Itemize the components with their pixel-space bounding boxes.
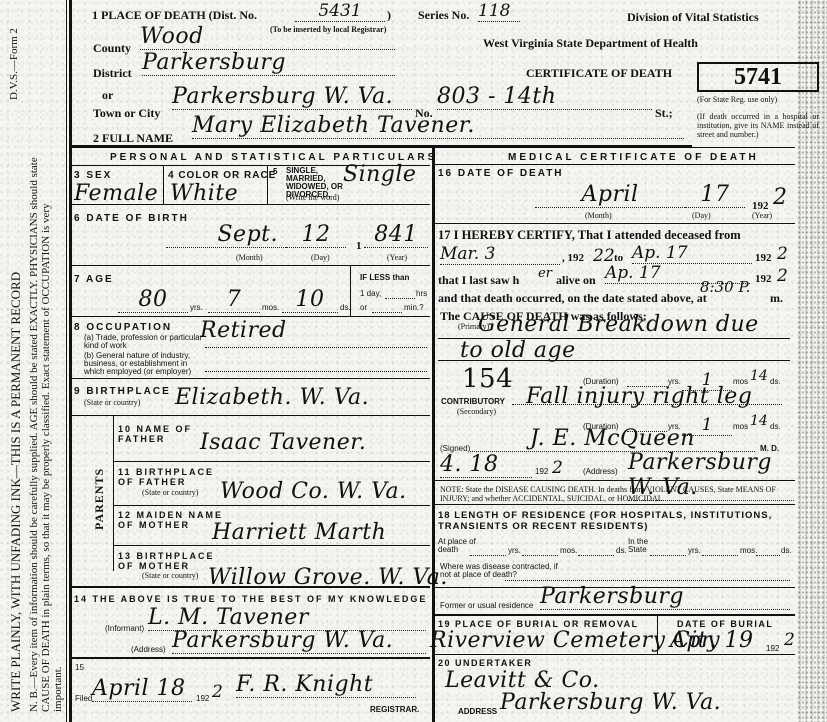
- sex-label: 3 SEX: [74, 170, 112, 181]
- medical-section-title: MEDICAL CERTIFICATE OF DEATH: [508, 152, 759, 163]
- ds-label-1: ds.: [770, 378, 781, 386]
- former-residence-label: Former or usual residence: [440, 602, 533, 610]
- contributory-value: Fall injury right leg: [526, 384, 752, 409]
- race-value: White: [170, 181, 238, 206]
- rule: [113, 505, 430, 506]
- rule: [113, 416, 114, 571]
- informant-certification-label: 14 THE ABOVE IS TRUE TO THE BEST OF MY K…: [74, 594, 427, 604]
- rule: [657, 616, 658, 654]
- marital-value: Single: [343, 162, 416, 187]
- cause-code: 154: [462, 364, 513, 394]
- state-reg-note: (For State Reg. use only): [697, 95, 777, 104]
- last-saw-pronoun: er: [538, 266, 552, 281]
- last-saw-year-prefix: 192: [755, 273, 772, 285]
- rule: [72, 265, 430, 266]
- rule: [435, 223, 795, 224]
- rule: [435, 654, 795, 655]
- rule: [205, 371, 427, 372]
- rule: [72, 204, 430, 205]
- former-residence-value: Parkersburg: [540, 584, 790, 610]
- age-months: 7: [208, 287, 260, 313]
- rule: [72, 378, 430, 379]
- contributory-label: CONTRIBUTORY: [441, 398, 505, 406]
- res-state-ds-label: ds.: [781, 547, 792, 555]
- rule: [435, 147, 795, 148]
- signed-year: 2: [552, 458, 563, 478]
- occurred-label: and that death occurred, on the date sta…: [438, 291, 707, 306]
- attended-from: Mar. 3: [440, 244, 560, 265]
- father-birthplace-value: Wood Co. W. Va.: [220, 479, 407, 504]
- dob-month: Sept.: [166, 222, 286, 248]
- hospital-note: (If death occurred in a hospital or inst…: [697, 112, 819, 139]
- age-days: 10: [282, 287, 338, 313]
- address-label-physician: (Address): [583, 468, 618, 476]
- rule: [438, 360, 790, 361]
- from-year-prefix: , 192: [562, 252, 584, 264]
- margin-nb-line1: N. B.—Every item of information should b…: [28, 157, 40, 712]
- dod-day-caption: (Day): [692, 211, 711, 220]
- certificate-title: CERTIFICATE OF DEATH: [526, 66, 672, 81]
- filed-year-prefix: 192: [196, 695, 209, 703]
- race-label: 4 COLOR OR RACE: [168, 170, 276, 181]
- rule: [435, 504, 795, 505]
- attended-to: Ap. 17: [632, 243, 752, 264]
- informant-address-label: (Address): [131, 646, 166, 654]
- mother-birthplace-note: (State or country): [142, 571, 198, 580]
- margin-nb-line3: important.: [52, 666, 64, 712]
- physician-signature: J. E. McQueen: [470, 426, 755, 452]
- to-year: 2: [777, 244, 788, 264]
- frame-left-border: [69, 0, 72, 722]
- series-number: 118: [478, 1, 520, 22]
- filed-date: April 18: [92, 676, 192, 702]
- father-birthplace-note: (State or country): [142, 488, 198, 497]
- res-place-ds: [578, 547, 614, 556]
- residence-label: 18 LENGTH OF RESIDENCE (FOR HOSPITALS, I…: [438, 510, 793, 532]
- frame-left-border-inner: [66, 0, 67, 722]
- occupation-a-label: (a) Trade, profession or particular kind…: [84, 334, 204, 350]
- birthplace-note: (State or country): [84, 398, 140, 407]
- undertaker-address-label: ADDRESS: [458, 708, 497, 716]
- informant-label: (Informant): [105, 625, 144, 633]
- if-less-label: IF LESS than: [360, 274, 409, 282]
- paper-edge-texture: [797, 0, 827, 722]
- or-label-small: or: [360, 304, 367, 312]
- res-place-yrs-label: yrs.: [508, 547, 521, 555]
- filed-num: 15: [75, 664, 84, 672]
- res-state-yrs: [650, 547, 686, 556]
- father-name-label: 10 NAME OF FATHER: [118, 424, 198, 444]
- rule: [72, 415, 430, 416]
- burial-year: 2: [784, 630, 795, 650]
- department-title: West Virginia State Department of Health: [483, 36, 698, 51]
- rule: [113, 545, 430, 546]
- rule: [72, 586, 430, 588]
- birthplace-label: 9 BIRTHPLACE: [74, 386, 171, 397]
- father-name-value: Isaac Tavener.: [200, 430, 366, 455]
- one-day-label: 1 day,: [360, 290, 381, 298]
- certify-label: 17 I HEREBY CERTIFY, That I attended dec…: [438, 228, 741, 243]
- res-state-yrs-label: yrs.: [688, 547, 701, 555]
- m-label: m.: [770, 291, 783, 306]
- parents-side-label: PARENTS: [92, 468, 107, 530]
- note-text: NOTE: State the DISEASE CAUSING DEATH. I…: [440, 485, 790, 503]
- filed-year: 2: [212, 682, 223, 702]
- rule: [72, 657, 430, 659]
- alive-on-label: alive on: [556, 273, 596, 288]
- res-state-mos: [702, 547, 738, 556]
- dob-year-prefix: 1: [356, 240, 362, 252]
- rule: [113, 461, 430, 462]
- division-title: Division of Vital Statistics: [627, 10, 759, 25]
- time-of-death: 8:30 P.: [700, 278, 750, 296]
- rule: [163, 166, 164, 204]
- birthplace-value: Elizabeth. W. Va.: [175, 385, 369, 410]
- yrs-label: yrs.: [190, 304, 203, 312]
- res-place-ds-label: ds.: [616, 547, 627, 555]
- date-of-death-label: 16 DATE OF DEATH: [438, 168, 564, 179]
- ds-label-2: ds.: [770, 423, 781, 431]
- county-value: Wood: [140, 24, 395, 50]
- town-label: Town or City: [93, 106, 160, 121]
- rule: [505, 580, 790, 581]
- res-state-ds: [756, 547, 780, 556]
- state-registration-number: 5741: [697, 62, 819, 92]
- full-name-label: 2 FULL NAME: [93, 131, 173, 146]
- filed-label: Filed: [75, 695, 92, 703]
- dod-month-caption: (Month): [585, 211, 612, 220]
- hrs-label: hrs: [416, 290, 427, 298]
- secondary-label: (Secondary): [457, 407, 496, 416]
- cause-line-1: General Breakdown due: [478, 312, 759, 337]
- rule: [435, 480, 795, 481]
- last-saw-year: 2: [777, 266, 788, 286]
- res-state-mos-label: mos.: [740, 547, 757, 555]
- signed-year-prefix: 192: [535, 468, 548, 476]
- district-label: District: [93, 66, 132, 81]
- burial-year-prefix: 192: [766, 645, 779, 653]
- burial-date-value: Apr. 19: [670, 628, 754, 653]
- day-caption: (Day): [311, 253, 330, 262]
- res-place-mos-label: mos.: [560, 547, 577, 555]
- margin-nb-line2: CAUSE OF DEATH in plain terms, so that i…: [40, 203, 52, 712]
- district-value: Parkersburg: [142, 50, 395, 76]
- dod-year: 2: [773, 185, 788, 210]
- age-label: 7 AGE: [74, 274, 114, 285]
- dob-year: 841: [364, 222, 428, 248]
- dod-year-caption: (Year): [752, 211, 772, 220]
- undertaker-label: 20 UNDERTAKER: [438, 658, 532, 668]
- informant-address-value: Parkersburg W. Va.: [172, 628, 426, 654]
- res-place-mos: [522, 547, 558, 556]
- age-years: 80: [118, 287, 188, 313]
- minutes-field: [372, 304, 402, 313]
- full-name-value: Mary Elizabeth Tavener.: [192, 113, 684, 139]
- res-place-yrs: [470, 547, 506, 556]
- or-label: or: [102, 88, 113, 103]
- month-caption: (Month): [236, 253, 263, 262]
- margin-form-number: D.V.S.—Form 2: [8, 28, 20, 100]
- signed-date: 4. 18: [440, 452, 532, 478]
- undertaker-address-value: Parkersburg W. Va.: [500, 690, 721, 715]
- hours-field: [385, 290, 415, 299]
- rule: [435, 164, 795, 165]
- county-label: County: [93, 41, 131, 56]
- occupation-b-label: (b) General nature of industry, business…: [84, 352, 209, 376]
- to-year-prefix: 192: [755, 252, 772, 264]
- dur1-ds: 14: [750, 368, 768, 384]
- rule: [350, 266, 351, 316]
- occupation-value: Retired: [200, 318, 287, 343]
- dod-day: 17: [685, 182, 745, 208]
- rule: [72, 316, 430, 317]
- mother-name-value: Harriett Marth: [212, 520, 386, 545]
- series-label: Series No.: [418, 8, 469, 23]
- rule: [512, 404, 782, 405]
- dod-month: April: [535, 182, 685, 208]
- year-caption: (Year): [387, 253, 407, 262]
- margin-instructions: WRITE PLAINLY, WITH UNFADING INK—THIS IS…: [2, 0, 62, 722]
- contracted-label: Where was disease contracted, if not at …: [440, 563, 560, 579]
- father-birthplace-label: 11 BIRTHPLACE OF FATHER: [118, 467, 228, 487]
- margin-permanent-record: WRITE PLAINLY, WITH UNFADING INK—THIS IS…: [8, 272, 24, 712]
- rule: [205, 347, 427, 348]
- registrar-label: REGISTRAR.: [370, 706, 419, 714]
- sex-value: Female: [74, 181, 158, 206]
- mos-label: mos.: [262, 304, 279, 312]
- place-of-death-label: 1 PLACE OF DEATH (Dist. No.: [92, 8, 257, 23]
- registrar-signature: F. R. Knight: [236, 672, 416, 698]
- marital-note: (Write the word): [286, 193, 339, 202]
- last-saw-label: that I last saw h: [438, 273, 519, 288]
- rule: [435, 614, 795, 616]
- district-number: 5431: [295, 1, 385, 22]
- rule: [267, 166, 268, 204]
- marital-num: 5: [273, 167, 277, 176]
- min-label: min.?: [404, 304, 424, 312]
- town-value: Parkersburg W. Va.: [172, 84, 412, 110]
- paren-close: ): [387, 8, 391, 23]
- occupation-label: 8 OCCUPATION: [74, 322, 172, 333]
- street-value: 803 - 14th: [437, 84, 652, 110]
- dob-day: 12: [286, 222, 346, 248]
